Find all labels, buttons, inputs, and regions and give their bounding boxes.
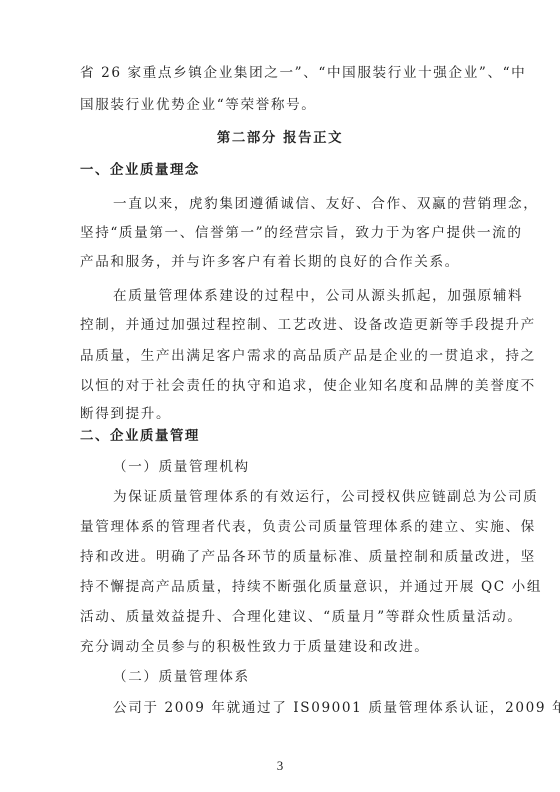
subsection-heading: （二）质量管理体系	[113, 668, 485, 686]
text-line: 在质量管理体系建设的过程中，公司从源头抓起，加强原辅料	[113, 287, 485, 305]
text-line: 品质量，生产出满足客户需求的高品质产品是企业的一贯追求，持之	[80, 347, 485, 365]
page-number: 3	[0, 758, 560, 774]
text-line: 以恒的对于社会责任的执守和追求，使企业知名度和品牌的美誉度不	[80, 377, 485, 395]
text-line: 断得到提升。	[80, 405, 485, 423]
text-line: 一直以来，虎豹集团遵循诚信、友好、合作、双赢的营销理念，	[113, 195, 485, 213]
text-line: 省 26 家重点乡镇企业集团之一”、“中国服装行业十强企业”、“中	[80, 64, 485, 82]
text-line: 公司于 2009 年就通过了 IS09001 质量管理体系认证，2009 年虎	[113, 699, 485, 717]
section-heading: 一、企业质量理念	[80, 162, 485, 180]
text-line: 活动、质量效益提升、合理化建议、“质量月”等群众性质量活动。	[80, 608, 485, 626]
text-line: 坚持“质量第一、信誉第一”的经营宗旨，致力于为客户提供一流的	[80, 224, 485, 242]
text-line: 持不懈提高产品质量，持续不断强化质量意识，并通过开展 QC 小组	[80, 578, 485, 596]
subsection-heading: （一）质量管理机构	[113, 458, 485, 476]
section-heading: 二、企业质量管理	[80, 428, 485, 446]
part-heading: 第二部分 报告正文	[0, 130, 560, 148]
text-line: 为保证质量管理体系的有效运行，公司授权供应链副总为公司质	[113, 488, 485, 506]
text-line: 持和改进。明确了产品各环节的质量标准、质量控制和质量改进，坚	[80, 548, 485, 566]
text-line: 产品和服务，并与许多客户有着长期的良好的合作关系。	[80, 253, 485, 271]
text-line: 国服装行业优势企业“等荣誉称号。	[80, 96, 485, 114]
text-line: 充分调动全员参与的积极性致力于质量建设和改进。	[80, 638, 485, 656]
text-line: 量管理体系的管理者代表，负责公司质量管理体系的建立、实施、保	[80, 518, 485, 536]
text-line: 控制，并通过加强过程控制、工艺改进、设备改造更新等手段提升产	[80, 316, 485, 334]
